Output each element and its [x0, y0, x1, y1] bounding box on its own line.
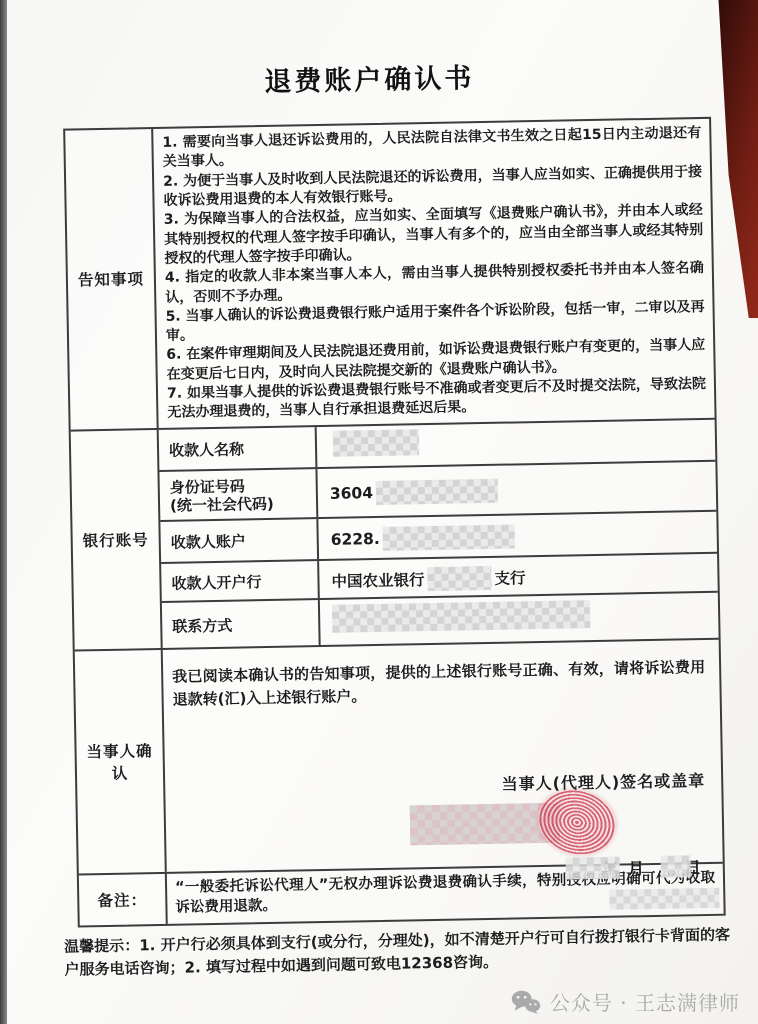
- signature-caption: 当事人(代理人)签名或盖章: [501, 768, 705, 795]
- notice-items: 1. 需要向当事人退还诉讼费用的，人民法院自法律文书生效之日起15日内主动退还有…: [153, 119, 714, 428]
- notice-section: 告知事项 1. 需要向当事人退还诉讼费用的，人民法院自法律文书生效之日起15日内…: [65, 119, 714, 431]
- date-line: 年 月 日: [565, 854, 701, 880]
- value-prefix: 中国农业银行: [331, 568, 424, 592]
- table-row-contact: 联系方式: [162, 593, 719, 648]
- field-label: 收款人账户: [171, 531, 313, 552]
- payee-name-field: 收款人名称: [159, 427, 318, 470]
- date-month-char: 月: [628, 855, 645, 879]
- redaction-block: [565, 857, 619, 880]
- signature-area: [409, 794, 630, 860]
- tips-text: 温馨提示：1. 开户行必须具体到支行(或分行，分理处)，如不清楚开户行可自行拨打…: [64, 924, 731, 981]
- redaction-block: [383, 525, 515, 551]
- value-prefix: 6228.: [331, 530, 380, 549]
- watermark-footer: 公众号 · 王志满律师: [511, 987, 740, 1016]
- confirmation-section: 当事人确认 我已阅读本确认书的告知事项，提供的上述银行账号正确、有效，请将诉讼费…: [75, 640, 723, 876]
- redaction-block: [333, 429, 419, 457]
- account-value: 6228.: [318, 512, 717, 559]
- photo-background: 退费账户确认书 告知事项 1. 需要向当事人退还诉讼费用的，人民法院自法律文书生…: [0, 0, 758, 1024]
- bank-section-label: 银行账号: [71, 430, 163, 650]
- confirmation-section-label: 当事人确认: [75, 650, 167, 874]
- notice-item-3: 3. 为保障当事人的合法权益，应当如实、全面填写《退费账户确认书》，并由本人或经…: [164, 201, 704, 269]
- bank-branch-field: 收款人开户行: [161, 561, 320, 601]
- redaction-block: [660, 855, 690, 878]
- watermark-text: 公众号 · 王志满律师: [550, 987, 740, 1016]
- field-label: 收款人开户行: [171, 572, 313, 593]
- remarks-section-label: 备注：: [79, 874, 168, 926]
- value-suffix: 支行: [494, 566, 525, 589]
- wechat-icon: [511, 990, 541, 1014]
- notice-section-label: 告知事项: [65, 129, 158, 429]
- field-label: 收款人名称: [169, 439, 311, 460]
- id-number-field: 身份证号码 (统一社会代码): [159, 469, 318, 520]
- bank-branch-value: 中国农业银行 支行: [319, 554, 718, 598]
- document-title: 退费账户确认书: [8, 51, 731, 103]
- photo-left-edge: [0, 0, 7, 1024]
- field-label: 联系方式: [172, 615, 314, 636]
- value-prefix: 3604: [330, 484, 373, 503]
- redaction-block: [332, 600, 590, 633]
- redaction-block: [376, 479, 498, 505]
- redaction-block: [427, 566, 491, 591]
- document-table: 告知事项 1. 需要向当事人退还诉讼费用的，人民法院自法律文书生效之日起15日内…: [63, 117, 726, 928]
- redaction-block: [609, 888, 719, 910]
- document-sheet: 退费账户确认书 告知事项 1. 需要向当事人退还诉讼费用的，人民法院自法律文书生…: [7, 0, 747, 982]
- payee-name-value: [317, 419, 716, 466]
- bank-section: 银行账号 收款人名称 身份证号码 (统一社会代码): [71, 419, 719, 651]
- id-number-value: 3604: [317, 461, 716, 517]
- contact-value: [320, 593, 719, 645]
- bank-rows: 收款人名称 身份证号码 (统一社会代码) 3604: [159, 419, 719, 648]
- account-field: 收款人账户: [160, 519, 319, 562]
- field-label-line2: (统一社会代码): [170, 495, 312, 516]
- contact-field: 联系方式: [162, 600, 321, 648]
- confirmation-content: 我已阅读本确认书的告知事项，提供的上述银行账号正确、有效，请将诉讼费用退款转(汇…: [163, 640, 723, 872]
- confirmation-statement: 我已阅读本确认书的告知事项，提供的上述银行账号正确、有效，请将诉讼费用退款转(汇…: [172, 656, 712, 711]
